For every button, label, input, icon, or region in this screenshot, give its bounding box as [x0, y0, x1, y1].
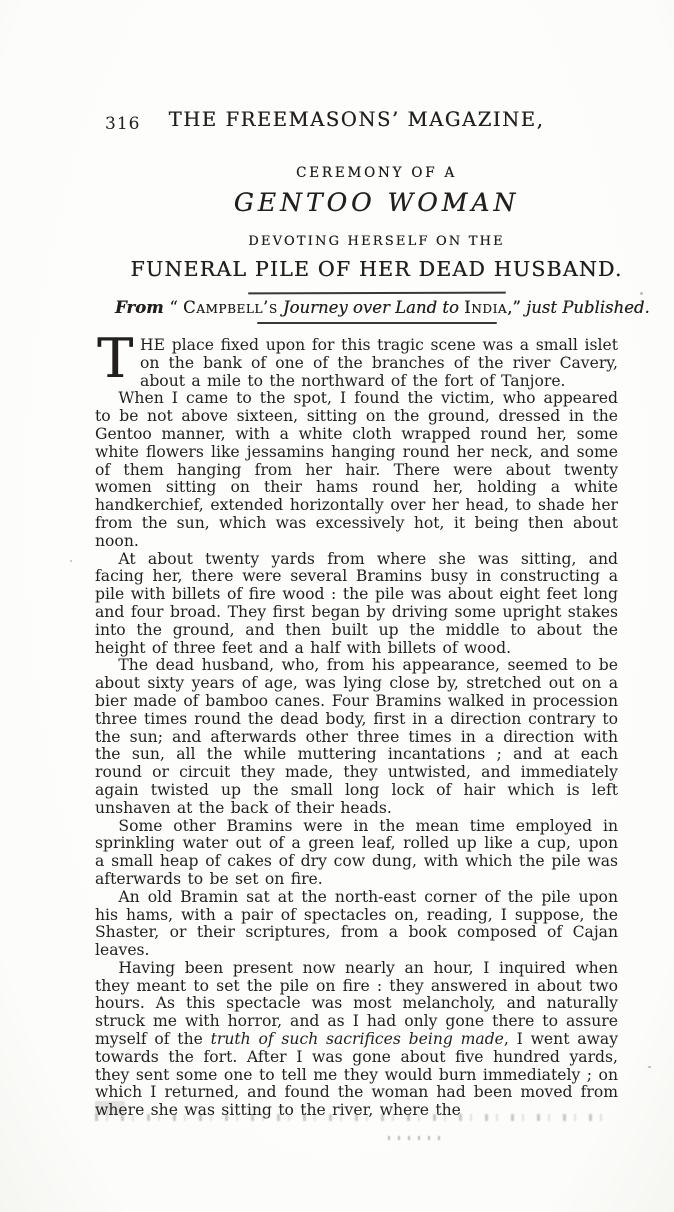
text-run: Some other Bramins were in the mean time…	[95, 817, 618, 888]
running-header: 316 THE FREEMASONS’ MAGAZINE,	[95, 0, 618, 134]
title-subtitle: DEVOTING HERSELF ON THE	[115, 234, 638, 249]
paragraph: At about twenty yards from where she was…	[95, 551, 618, 658]
paragraph: An old Bramin sat at the north-east corn…	[95, 889, 618, 960]
scan-dots-cluster	[388, 1136, 444, 1140]
text-run: When I came to the spot, I found the vic…	[95, 389, 618, 549]
divider-rule-top	[247, 292, 505, 295]
paragraph: When I came to the spot, I found the vic…	[95, 390, 618, 550]
text-run: HE place fixed upon for this tragic scen…	[140, 336, 618, 390]
text-run: From	[115, 298, 169, 317]
cutoff-line-remnant	[95, 1114, 607, 1121]
title-kicker: CEREMONY OF A	[115, 165, 638, 181]
paragraph: THE place fixed upon for this tragic sce…	[95, 337, 618, 390]
page-number: 316	[105, 114, 140, 134]
text-run: Journey over Land to	[283, 298, 464, 317]
text-run: An old Bramin sat at the north-east corn…	[95, 888, 618, 959]
paragraph: Some other Bramins were in the mean time…	[95, 818, 618, 889]
scan-speckle	[648, 1066, 651, 1068]
text-run: Campbell’s	[183, 298, 278, 317]
text-run: India	[464, 298, 507, 317]
attribution-line: From “ Campbell’s Journey over Land to I…	[115, 298, 638, 317]
journal-title: THE FREEMASONS’ MAGAZINE,	[95, 108, 618, 131]
title-subtitle-2: FUNERAL PILE OF HER DEAD HUSBAND.	[115, 257, 638, 281]
article-body: THE place fixed upon for this tragic sce…	[95, 337, 618, 1120]
divider-rule-bottom	[257, 322, 497, 324]
text-run: just Published.	[526, 298, 650, 317]
cutoff-line-remnant-left	[95, 1101, 125, 1115]
text-run: At about twenty yards from where she was…	[95, 550, 618, 657]
article-title-block: CEREMONY OF A GENTOO WOMAN DEVOTING HERS…	[115, 165, 638, 324]
scan-speckle	[70, 560, 72, 562]
text-run: ,”	[507, 298, 526, 317]
scan-speckle	[640, 292, 643, 295]
text-run: “	[169, 298, 183, 317]
text-column: 316 THE FREEMASONS’ MAGAZINE, CEREMONY O…	[95, 0, 618, 1120]
text-run: truth of such sacrifices being made	[211, 1030, 504, 1048]
drop-cap-letter: T	[95, 337, 140, 379]
paragraph: Having been present now nearly an hour, …	[95, 960, 618, 1120]
magazine-page: 316 THE FREEMASONS’ MAGAZINE, CEREMONY O…	[0, 0, 674, 1212]
paragraph: The dead husband, who, from his appearan…	[95, 657, 618, 817]
text-run: The dead husband, who, from his appearan…	[95, 656, 618, 816]
title-main: GENTOO WOMAN	[115, 188, 638, 217]
